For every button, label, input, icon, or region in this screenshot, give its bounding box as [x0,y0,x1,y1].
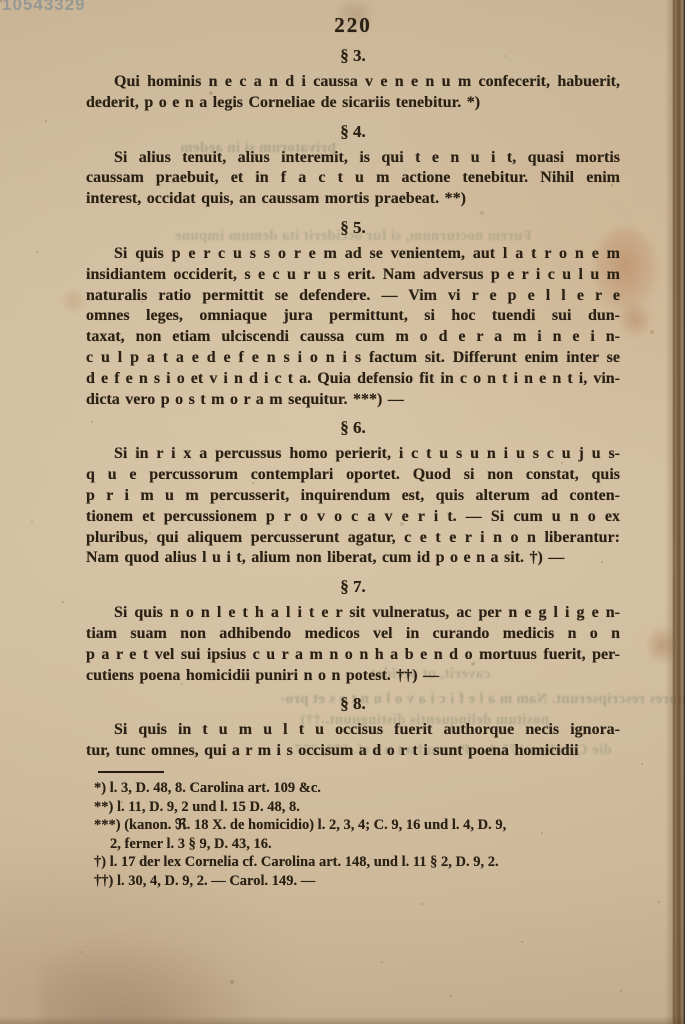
footnote-line: *) l. 3, D. 48, 8. Carolina art. 109 &c. [94,779,620,798]
smudge-stain [60,288,86,314]
section-7: § 7.Si quis n o n l e t h a l i t e r si… [86,576,620,686]
text-line: dederit, p o e n a legis Corneliae de si… [86,93,620,114]
text-line: interest, occidat quis, an caussam morti… [86,189,620,210]
text-line: cutiens poena homicidii puniri n o n pot… [86,666,620,687]
text-line: d e f e n s i o et v i n d i c t a. Quia… [86,369,620,390]
footnote-line: **) l. 11, D. 9, 2 und l. 15 D. 48, 8. [94,798,620,817]
paragraph: Si quis in t u m u l t u occisus fuerit … [86,720,620,762]
section-heading: § 3. [86,45,620,67]
text-line: pluribus, qui aliquem percusserunt agatu… [86,528,620,549]
text-line: Si quis p e r c u s s o r e m ad se veni… [86,244,620,265]
section-heading: § 7. [86,576,620,598]
text-line: tionem et percussionem p r o v o c a v e… [86,507,620,528]
footnote-separator [98,771,164,774]
text-line: p r i m u m percusserit, inquirendum est… [86,486,620,507]
text-line: naturalis ratio permittit se defendere. … [86,286,620,307]
text-line: insidiantem occiderit, s e c u r u s eri… [86,265,620,286]
section-heading: § 8. [86,693,620,715]
text-line: omnes leges, omniaque jura permittunt, s… [86,306,620,327]
text-line: Si quis in t u m u l t u occisus fuerit … [86,720,620,741]
section-heading: § 4. [86,121,620,143]
text-line: caussam praebuit, et in f a c t u m acti… [86,168,620,189]
text-line: Si alius tenuit, alius interemit, is qui… [86,148,620,169]
page-edge-shadow [665,0,685,1024]
section-4: § 4.Si alius tenuit, alius interemit, is… [86,121,620,210]
sections: § 3.Qui hominis n e c a n d i caussa v e… [86,45,620,762]
text-line: dicta vero p o s t m o r a m sequitur. *… [86,390,620,411]
paragraph: Si quis n o n l e t h a l i t e r sit vu… [86,603,620,686]
paragraph: Qui hominis n e c a n d i caussa v e n e… [86,72,620,114]
page-number: 220 [86,13,620,38]
text-line: q u e percussorum contemplari oportet. Q… [86,465,620,486]
text-line: Qui hominis n e c a n d i caussa v e n e… [86,72,620,93]
section-heading: § 5. [86,217,620,239]
paragraph: Si quis p e r c u s s o r e m ad se veni… [86,244,620,410]
section-heading: § 6. [86,417,620,439]
footnote-line: 2, ferner l. 3 § 9, D. 43, 16. [110,835,620,854]
text-line: c u l p a t a e d e f e n s i o n i s fa… [86,348,620,369]
text-line: Si in r i x a percussus homo perierit, i… [86,444,620,465]
text-line: p a r e t vel sui ipsius c u r a m n o n… [86,645,620,666]
text-line: Nam quod alius l u i t, alium non libera… [86,548,620,569]
text-line: tiam suam non adhibendo medicos vel in c… [86,624,620,645]
footnotes: *) l. 3, D. 48, 8. Carolina art. 109 &c.… [94,779,620,890]
text-line: tur, tunc omnes, qui a r m i s occisum a… [86,741,620,762]
text-line: taxat, non etiam ulciscendi caussa cum m… [86,327,620,348]
footnote-line: ***) (kanon. ℜ. 18 X. de homicidio) l. 2… [94,816,620,835]
section-5: § 5.Si quis p e r c u s s o r e m ad se … [86,217,620,410]
digitization-number: 10543329 [2,0,86,15]
bottom-edge-shadow [0,1016,685,1024]
section-8: § 8.Si quis in t u m u l t u occisus fue… [86,693,620,762]
paragraph: Si in r i x a percussus homo perierit, i… [86,444,620,569]
section-6: § 6.Si in r i x a percussus homo perieri… [86,417,620,569]
footnote-line: ††) l. 30, 4, D. 9, 2. — Carol. 149. — [94,872,620,891]
corner-shadow [40,934,260,1024]
footnote-line: †) l. 17 der lex Cornelia cf. Carolina a… [94,853,620,872]
scanned-book-page: privatorum si in aedemFurem nocturnum, s… [0,0,685,1024]
page-content: 220 § 3.Qui hominis n e c a n d i caussa… [86,0,620,890]
rust-stain [618,300,652,340]
text-line: Si quis n o n l e t h a l i t e r sit vu… [86,603,620,624]
section-3: § 3.Qui hominis n e c a n d i caussa v e… [86,45,620,114]
paragraph: Si alius tenuit, alius interemit, is qui… [86,148,620,210]
